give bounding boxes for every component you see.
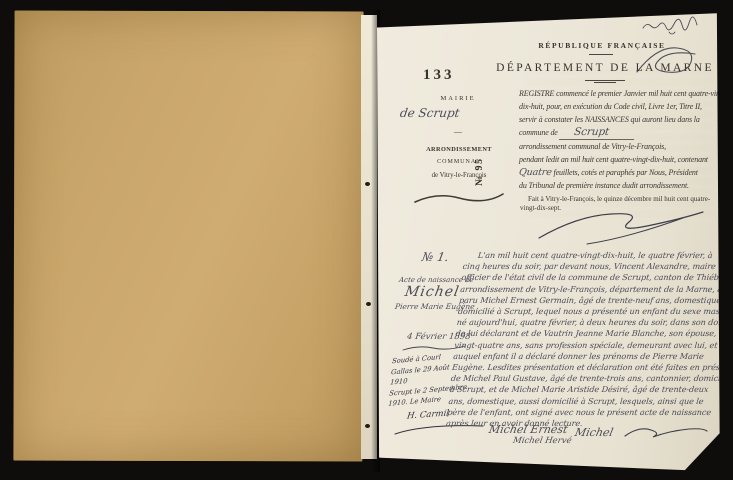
header-rule	[589, 54, 613, 55]
act-body-line: officier de l'état civil de la commune d…	[461, 272, 726, 283]
act-number: № 1.	[421, 250, 450, 264]
signature-mayor-paraph	[619, 420, 711, 444]
signature-witness-2: Michel	[574, 426, 615, 439]
stitch-hole	[365, 424, 370, 428]
mairie-label: MAIRIE	[428, 95, 488, 102]
mention-mayor-signature: H. Carmil	[406, 408, 449, 421]
act-body-line: auquel enfant il a déclaré donner les pr…	[453, 351, 718, 362]
registre-line: servir à constater les NAISSANCES qui au…	[519, 113, 719, 126]
commune-name-handwritten: de Scrupt	[399, 106, 460, 120]
registre-commune-handwritten: Scrupt	[559, 126, 636, 140]
registre-line: du Tribunal de première instance dudit a…	[519, 179, 719, 192]
register-title-page: RÉPUBLIQUE FRANÇAISE DÉPARTEMENT DE LA M…	[377, 10, 721, 472]
act-body-line: arrondissement de Vitry-le-François, dép…	[460, 284, 725, 295]
act-body-line: vingt-quatre ans, sans profession spécia…	[454, 340, 719, 351]
separator-dash: —	[443, 127, 473, 136]
registre-line: dix-huit, pour, en exécution du Code civ…	[519, 100, 719, 113]
arrondissement-label: ARRONDISSEMENT	[421, 146, 497, 153]
fait-line: Fait à Vitry-le-François, le quinze déce…	[520, 195, 720, 204]
registre-paragraph: REGISTRE commencé le premier Janvier mil…	[519, 87, 719, 192]
registre-line: pendant ledit an mil huit cent quatre-vi…	[519, 153, 719, 166]
act-body-line: cinq heures du soir, par devant nous, Vi…	[462, 261, 727, 272]
act-body-line: de Michel Paul Gustave, âgé de trente-tr…	[450, 373, 715, 384]
registre-line-commune: commune de Scrupt	[519, 126, 719, 140]
act-body-line: Eugène. Lesdites présentation et déclara…	[451, 362, 716, 373]
president-paraph-flourish	[629, 34, 705, 86]
registry-number-stamp: № 95	[474, 157, 485, 186]
president-signature	[529, 204, 715, 252]
registre-line: REGISTRE commencé le premier Janvier mil…	[519, 87, 719, 100]
registre-feuillets-print: feuillets, cotés et paraphés par Nous, P…	[554, 168, 698, 177]
communal-label: COMMUNAL	[421, 159, 497, 165]
margin-flourish	[411, 188, 507, 210]
act-body-line: de lui déclarant et de Vautrin Jeanne Ma…	[455, 328, 720, 339]
arrondissement-name: de Vitry-le-François	[417, 172, 501, 179]
act-body-line: père de l'enfant, ont signé avec nous le…	[447, 407, 712, 418]
act-body: L'an mil huit cent quatre-vingt-dix-huit…	[446, 250, 729, 429]
signature-father: Michel Ernest	[488, 423, 569, 436]
act-body-line: domicilié à Scrupt, lequel nous a présen…	[457, 306, 722, 317]
registre-line-feuillets: Quatre feuillets, cotés et paraphés par …	[519, 166, 719, 179]
left-cover-page	[13, 11, 363, 462]
act-body-line: ans, domestique, aussi domicilié à Scrup…	[448, 396, 713, 407]
folio-number-stamp: 133	[423, 67, 455, 84]
stitch-hole	[365, 182, 370, 186]
act-body-line: né aujourd'hui, quatre février, à deux h…	[456, 317, 721, 328]
signature-witness-1: Michel Hervé	[512, 436, 572, 446]
act-body-line: paru Michel Ernest Germain, âgé de trent…	[459, 295, 724, 306]
act-child-surname: Michel	[404, 284, 461, 300]
registre-line: arrondissement communal de Vitry-le-Fran…	[519, 140, 719, 153]
department-rule	[585, 80, 625, 83]
scanned-register-spread: RÉPUBLIQUE FRANÇAISE DÉPARTEMENT DE LA M…	[0, 0, 733, 480]
registre-feuillets-handwritten: Quatre	[518, 166, 552, 179]
act-body-line: à Scrupt, et de Michel Marie Aristide Dé…	[449, 384, 714, 395]
registre-commune-print: commune de	[519, 128, 558, 137]
act-body-line: L'an mil huit cent quatre-vingt-dix-huit…	[463, 250, 728, 261]
